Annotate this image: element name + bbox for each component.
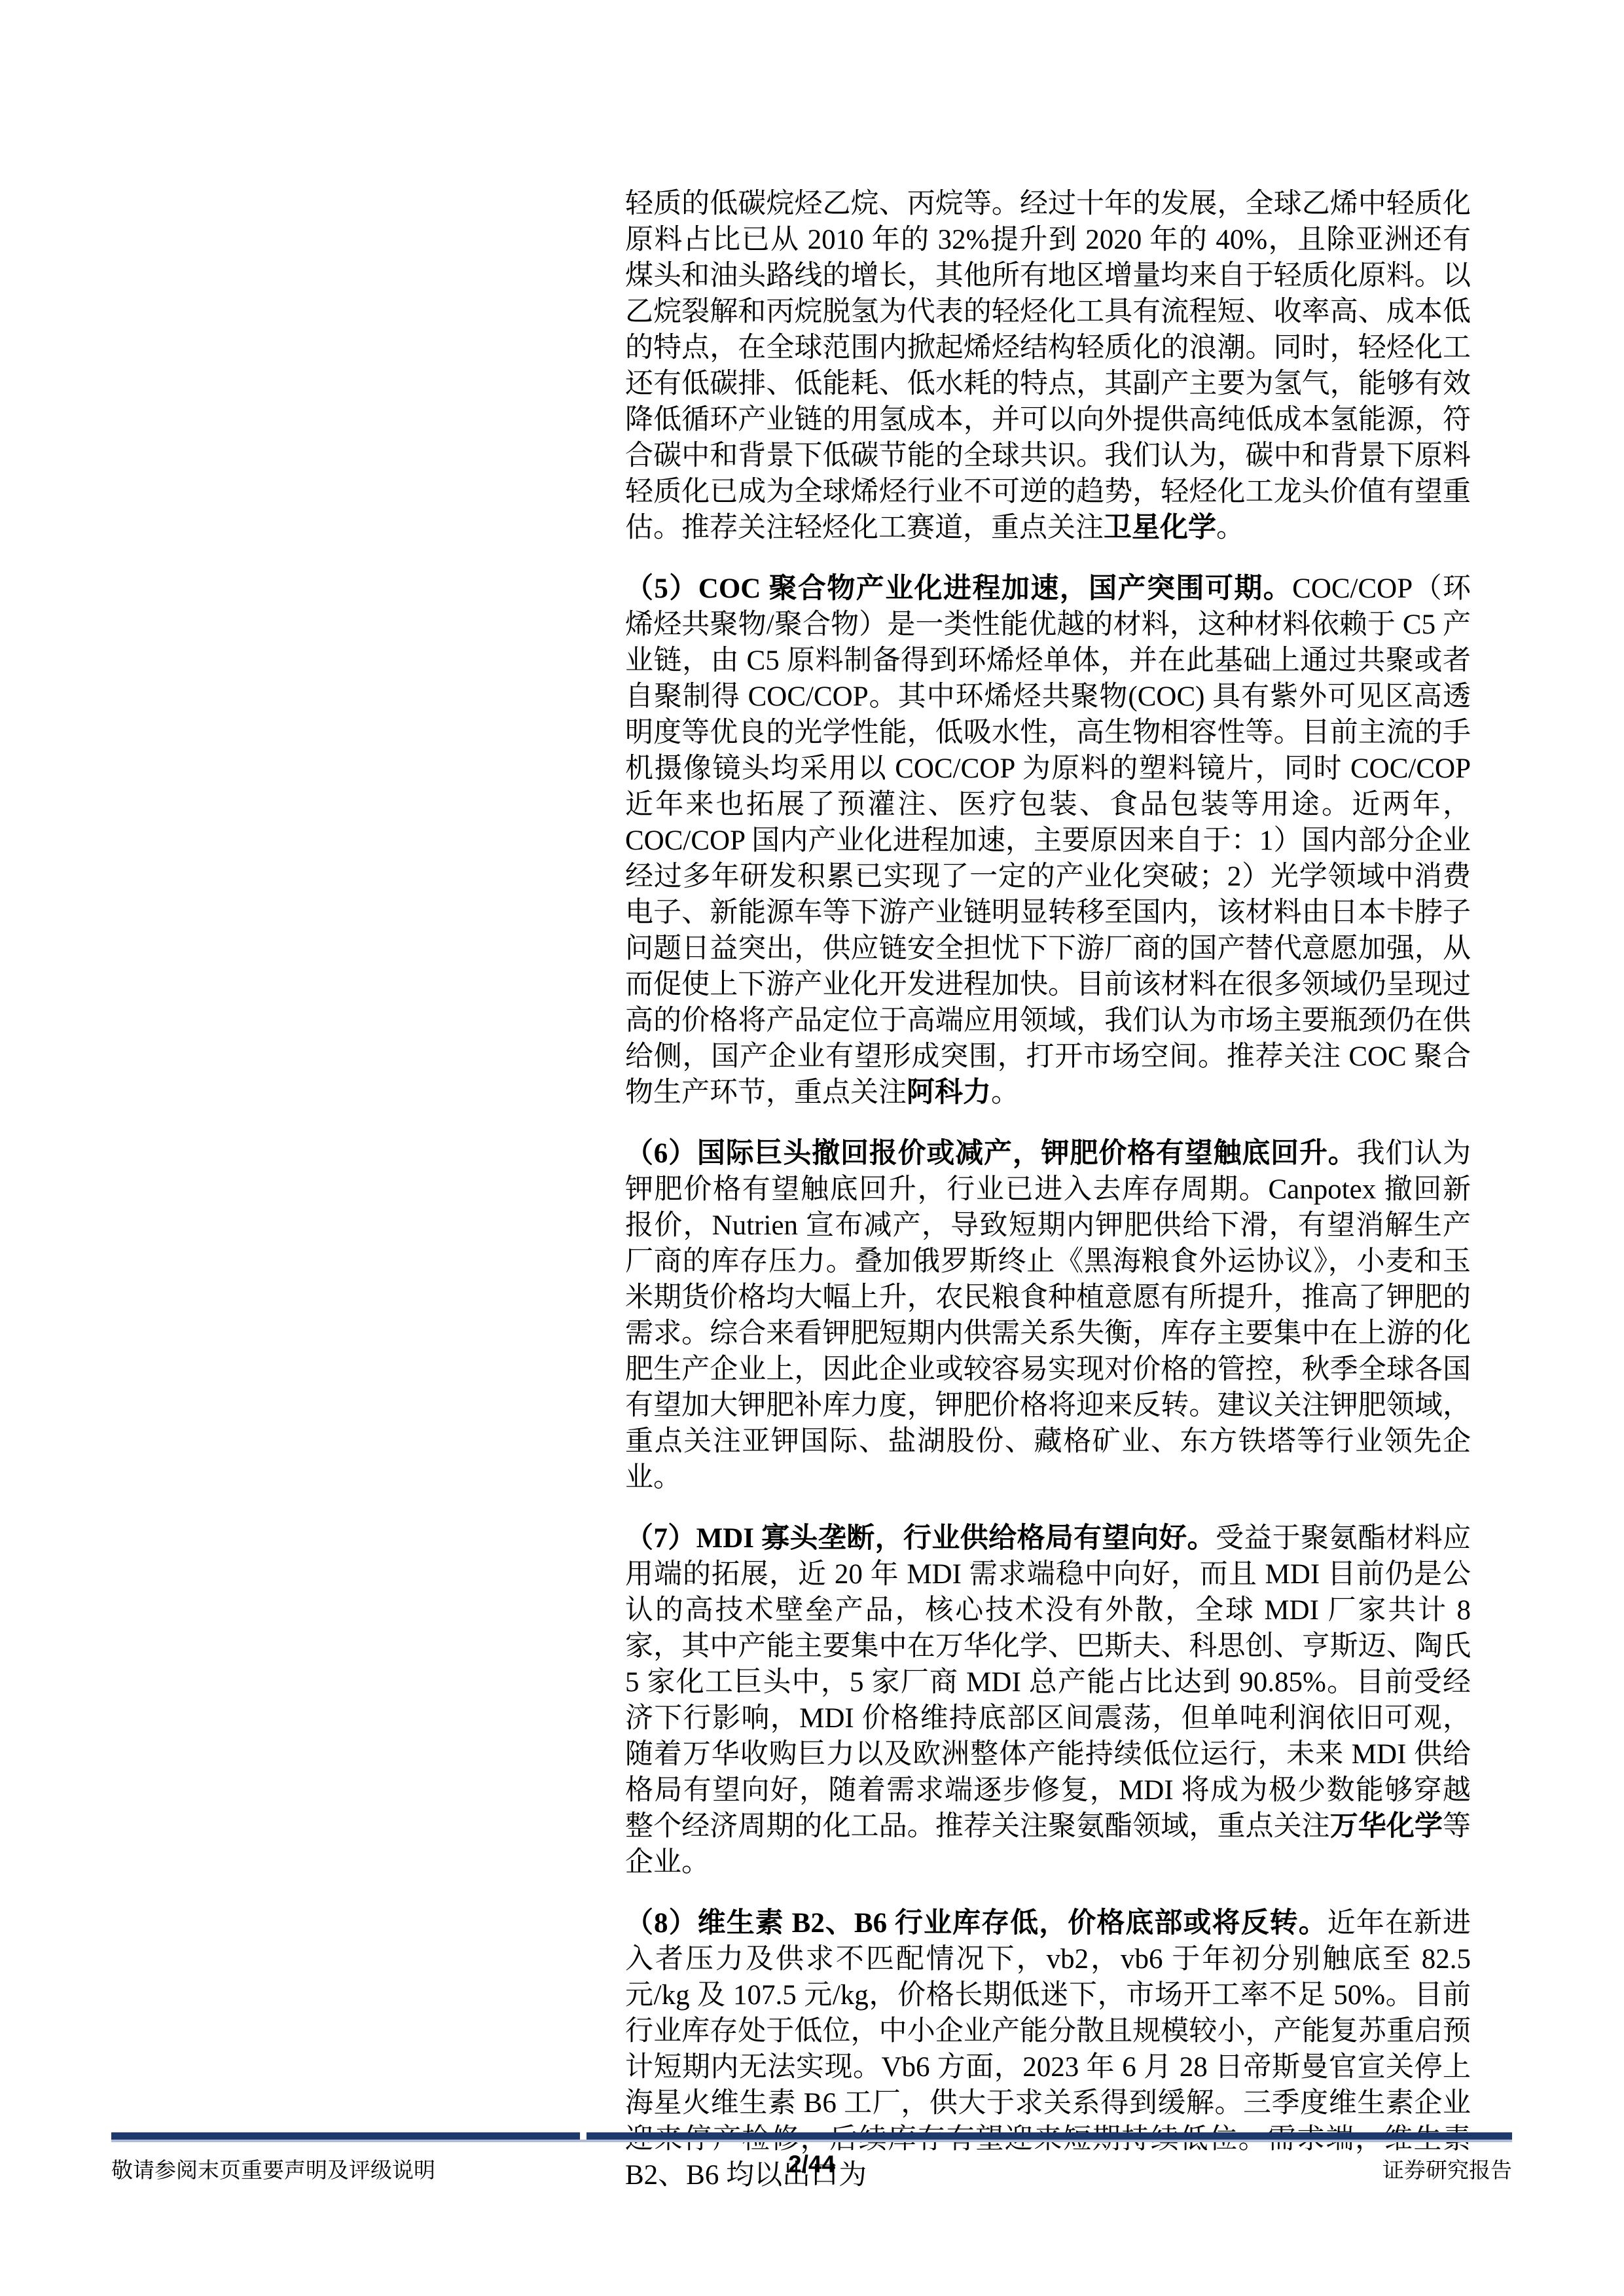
text-segment: 卫星化学 <box>1104 512 1216 543</box>
footer-rule-left-segment <box>111 2132 580 2140</box>
text-segment: 我们认为钾肥价格有望触底回升，行业已进入去库存周期。Canpotex 撤回新报价… <box>625 1138 1471 1493</box>
footer-disclaimer: 敬请参阅末页重要声明及评级说明 <box>111 2153 435 2184</box>
text-segment: 受益于聚氨酯材料应用端的拓展，近 20 年 MDI 需求端稳中向好，而且 MDI… <box>625 1523 1471 1842</box>
text-segment: 近年在新进入者压力及供求不匹配情况下，vb2，vb6 于年初分别触底至 82.5… <box>625 1908 1471 2191</box>
footer-rule-underline <box>111 2140 1512 2142</box>
text-segment: （8）维生素 B2、B6 行业库存低，价格底部或将反转。 <box>625 1908 1327 1939</box>
footer-report-type: 证券研究报告 <box>1382 2153 1512 2184</box>
text-segment: COC/COP（环烯烃共聚物/聚合物）是一类性能优越的材料，这种材料依赖于 C5… <box>625 573 1471 1108</box>
text-segment: 阿科力 <box>907 1077 991 1108</box>
para-5-coc-polymer: （5）COC 聚合物产业化进程加速，国产突围可期。COC/COP（环烯烃共聚物/… <box>625 571 1471 1111</box>
text-segment: （7）MDI 寡头垄断，行业供给格局有望向好。 <box>625 1523 1216 1554</box>
footer: 敬请参阅末页重要声明及评级说明 2/44 证券研究报告 <box>111 2149 1512 2183</box>
para-7-mdi: （7）MDI 寡头垄断，行业供给格局有望向好。受益于聚氨酯材料应用端的拓展，近 … <box>625 1520 1471 1880</box>
report-page: 轻质的低碳烷烃乙烷、丙烷等。经过十年的发展，全球乙烯中轻质化原料占比已从 201… <box>0 0 1624 2296</box>
text-segment: 。 <box>1216 512 1244 543</box>
body-text-column: 轻质的低碳烷烃乙烷、丙烷等。经过十年的发展，全球乙烯中轻质化原料占比已从 201… <box>625 186 1471 2193</box>
text-segment: 轻质的低碳烷烃乙烷、丙烷等。经过十年的发展，全球乙烯中轻质化原料占比已从 201… <box>625 188 1471 543</box>
para-6-potash: （6）国际巨头撤回报价或减产，钾肥价格有望触底回升。我们认为钾肥价格有望触底回升… <box>625 1136 1471 1496</box>
text-segment: 万华化学 <box>1330 1811 1443 1842</box>
page-number: 2/44 <box>788 2151 835 2178</box>
footer-rule-right-segment <box>586 2132 1512 2140</box>
text-segment: （6）国际巨头撤回报价或减产，钾肥价格有望触底回升。 <box>625 1138 1357 1169</box>
text-segment: 。 <box>991 1077 1019 1108</box>
para-light-hydrocarbon-continuation: 轻质的低碳烷烃乙烷、丙烷等。经过十年的发展，全球乙烯中轻质化原料占比已从 201… <box>625 186 1471 546</box>
text-segment: （5）COC 聚合物产业化进程加速，国产突围可期。 <box>625 573 1292 604</box>
